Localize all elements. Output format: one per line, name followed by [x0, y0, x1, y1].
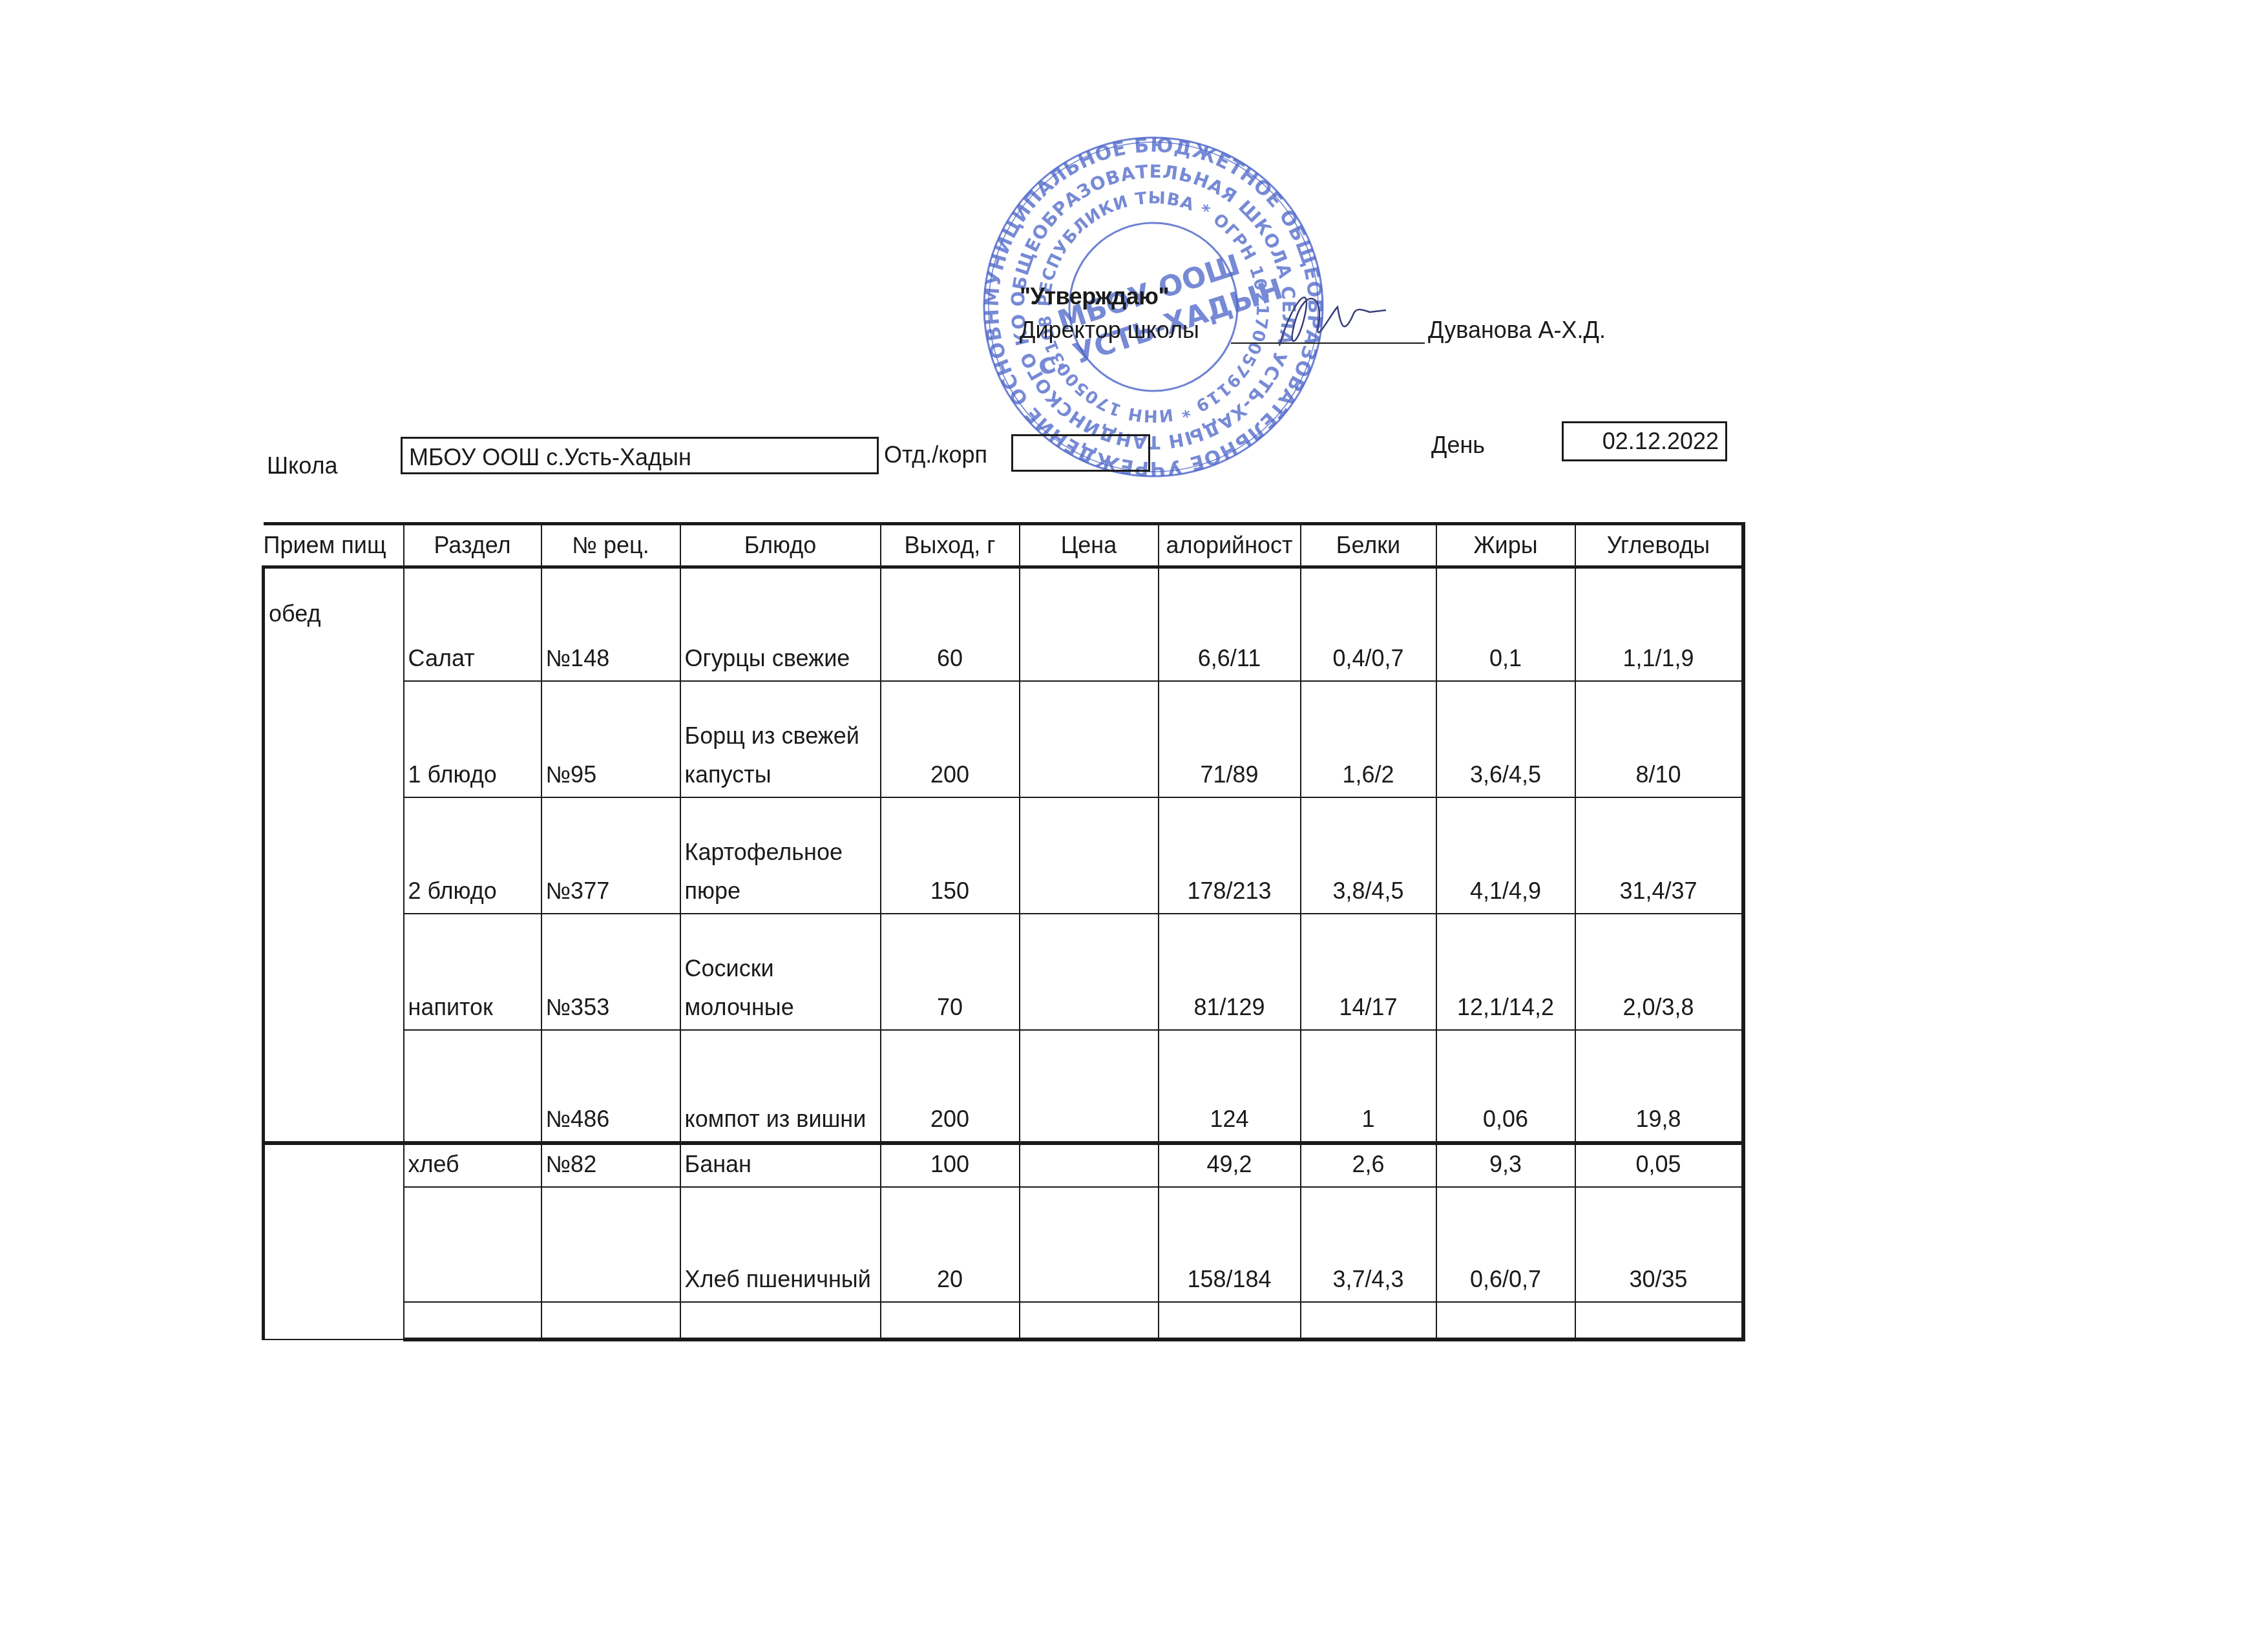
table-row [264, 1302, 1743, 1339]
recipe-cell [541, 1302, 680, 1339]
yield-cell: 20 [881, 1187, 1020, 1302]
section-cell: Салат [404, 567, 541, 681]
director-name: Дуванова А-Х.Д. [1428, 317, 1606, 344]
recipe-cell: №377 [541, 797, 680, 914]
yield-cell: 100 [881, 1143, 1020, 1187]
recipe-cell: №82 [541, 1143, 680, 1187]
protein-cell: 3,7/4,3 [1301, 1187, 1436, 1302]
recipe-cell: №486 [541, 1030, 680, 1143]
calories-cell: 124 [1159, 1030, 1301, 1143]
yield-cell: 200 [881, 1030, 1020, 1143]
fat-cell: 0,1 [1436, 567, 1575, 681]
fat-cell [1436, 1302, 1575, 1339]
carbs-cell: 19,8 [1575, 1030, 1743, 1143]
fat-cell: 12,1/14,2 [1436, 914, 1575, 1030]
calories-cell [1159, 1302, 1301, 1339]
carbs-cell: 1,1/1,9 [1575, 567, 1743, 681]
price-cell [1020, 681, 1159, 797]
price-cell [1020, 914, 1159, 1030]
dish-cell: Борщ из свежей капусты [680, 681, 881, 797]
department-field [1011, 434, 1150, 472]
meal-cell: обед [264, 567, 404, 1143]
col-header-carbs: Углеводы [1575, 524, 1743, 567]
signature-icon [1266, 275, 1396, 359]
recipe-cell: №95 [541, 681, 680, 797]
carbs-cell: 2,0/3,8 [1575, 914, 1743, 1030]
calories-cell: 6,6/11 [1159, 567, 1301, 681]
fat-cell: 4,1/4,9 [1436, 797, 1575, 914]
calories-cell: 178/213 [1159, 797, 1301, 914]
carbs-cell: 0,05 [1575, 1143, 1743, 1187]
dish-cell: Сосиски молочные [680, 914, 881, 1030]
price-cell [1020, 1302, 1159, 1339]
section-cell: 2 блюдо [404, 797, 541, 914]
dish-cell: Картофельное пюре [680, 797, 881, 914]
protein-cell: 1,6/2 [1301, 681, 1436, 797]
table-row: хлеб №82 Банан 100 49,2 2,6 9,3 0,05 [264, 1143, 1743, 1187]
yield-cell: 70 [881, 914, 1020, 1030]
table-header-row: Прием пищ Раздел № рец. Блюдо Выход, г Ц… [264, 524, 1743, 567]
dish-cell: Банан [680, 1143, 881, 1187]
menu-table: Прием пищ Раздел № рец. Блюдо Выход, г Ц… [262, 522, 1745, 1341]
col-header-recipe: № рец. [541, 524, 680, 567]
protein-cell: 14/17 [1301, 914, 1436, 1030]
yield-cell [881, 1302, 1020, 1339]
approval-title: "Утверждаю" [1020, 283, 1169, 310]
section-cell: 1 блюдо [404, 681, 541, 797]
col-header-meal: Прием пищ [264, 524, 404, 567]
section-cell: напиток [404, 914, 541, 1030]
price-cell [1020, 1030, 1159, 1143]
fat-cell: 3,6/4,5 [1436, 681, 1575, 797]
dish-cell: Хлеб пшеничный [680, 1187, 881, 1302]
dish-cell: компот из вишни [680, 1030, 881, 1143]
table-row: Хлеб пшеничный 20 158/184 3,7/4,3 0,6/0,… [264, 1187, 1743, 1302]
col-header-calories: алорийност [1159, 524, 1301, 567]
school-field: МБОУ ООШ с.Усть-Хадын [401, 437, 879, 474]
school-label: Школа [267, 452, 337, 479]
yield-cell: 150 [881, 797, 1020, 914]
department-label: Отд./корп [884, 441, 987, 468]
calories-cell: 81/129 [1159, 914, 1301, 1030]
protein-cell: 1 [1301, 1030, 1436, 1143]
approval-role: Директор школы [1020, 317, 1199, 344]
col-header-protein: Белки [1301, 524, 1436, 567]
col-header-section: Раздел [404, 524, 541, 567]
carbs-cell: 8/10 [1575, 681, 1743, 797]
col-header-fat: Жиры [1436, 524, 1575, 567]
price-cell [1020, 567, 1159, 681]
yield-cell: 60 [881, 567, 1020, 681]
protein-cell: 2,6 [1301, 1143, 1436, 1187]
carbs-cell: 31,4/37 [1575, 797, 1743, 914]
protein-cell: 3,8/4,5 [1301, 797, 1436, 914]
table-row: обед Салат №148 Огурцы свежие 60 6,6/11 … [264, 567, 1743, 681]
table-row: 2 блюдо №377 Картофельное пюре 150 178/2… [264, 797, 1743, 914]
calories-cell: 49,2 [1159, 1143, 1301, 1187]
carbs-cell: 30/35 [1575, 1187, 1743, 1302]
section-cell: хлеб [404, 1143, 541, 1187]
col-header-yield: Выход, г [881, 524, 1020, 567]
fat-cell: 0,06 [1436, 1030, 1575, 1143]
yield-cell: 200 [881, 681, 1020, 797]
price-cell [1020, 1143, 1159, 1187]
table-row: 1 блюдо №95 Борщ из свежей капусты 200 7… [264, 681, 1743, 797]
fat-cell: 9,3 [1436, 1143, 1575, 1187]
protein-cell: 0,4/0,7 [1301, 567, 1436, 681]
section-cell [404, 1187, 541, 1302]
calories-cell: 71/89 [1159, 681, 1301, 797]
price-cell [1020, 1187, 1159, 1302]
day-label: День [1431, 432, 1485, 459]
recipe-cell [541, 1187, 680, 1302]
table-row: напиток №353 Сосиски молочные 70 81/129 … [264, 914, 1743, 1030]
section-cell [404, 1302, 541, 1339]
recipe-cell: №148 [541, 567, 680, 681]
fat-cell: 0,6/0,7 [1436, 1187, 1575, 1302]
dish-cell: Огурцы свежие [680, 567, 881, 681]
protein-cell [1301, 1302, 1436, 1339]
section-cell [404, 1030, 541, 1143]
price-cell [1020, 797, 1159, 914]
col-header-price: Цена [1020, 524, 1159, 567]
calories-cell: 158/184 [1159, 1187, 1301, 1302]
date-field: 02.12.2022 [1562, 421, 1727, 461]
col-header-dish: Блюдо [680, 524, 881, 567]
meal-cell [264, 1143, 404, 1339]
table-row: №486 компот из вишни 200 124 1 0,06 19,8 [264, 1030, 1743, 1143]
dish-cell [680, 1302, 881, 1339]
carbs-cell [1575, 1302, 1743, 1339]
recipe-cell: №353 [541, 914, 680, 1030]
